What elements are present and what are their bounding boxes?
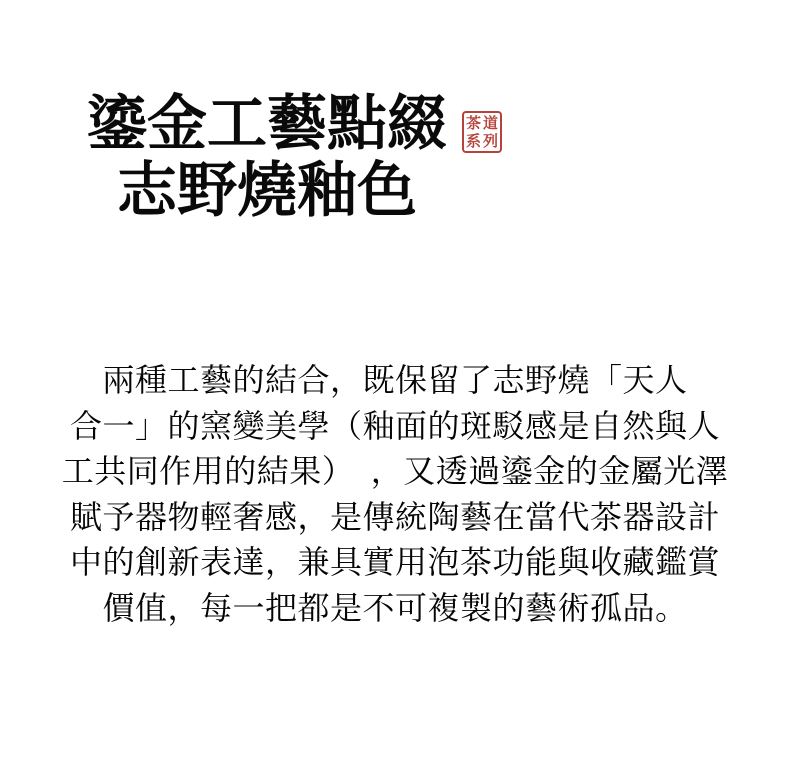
paragraph-line: 工共同作用的結果） ，又透過鎏金的金屬光澤 — [0, 449, 790, 495]
page: 鎏金工藝點綴 志野燒釉色 茶 道 系 列 兩種工藝的結合，既保留了志野燒「天人 … — [0, 0, 790, 778]
page-title: 鎏金工藝點綴 志野燒釉色 — [85, 90, 449, 224]
tea-series-seal: 茶 道 系 列 — [462, 111, 502, 153]
paragraph-line: 合一」的窯變美學（釉面的斑駁感是自然與人 — [0, 404, 790, 450]
seal-char-3: 系 — [466, 134, 481, 149]
paragraph-line: 中的創新表達，兼具實用泡茶功能與收藏鑑賞 — [0, 540, 790, 586]
page-title-line-2: 志野燒釉色 — [85, 157, 449, 224]
seal-char-1: 茶 — [466, 116, 481, 131]
seal-char-2: 道 — [483, 116, 498, 131]
page-title-line-1: 鎏金工藝點綴 — [85, 90, 449, 157]
paragraph-line: 賦予器物輕奢感，是傳統陶藝在當代茶器設計 — [0, 495, 790, 541]
description-paragraph: 兩種工藝的結合，既保留了志野燒「天人 合一」的窯變美學（釉面的斑駁感是自然與人 … — [0, 358, 790, 631]
paragraph-line: 兩種工藝的結合，既保留了志野燒「天人 — [0, 358, 790, 404]
paragraph-line: 價值，每一把都是不可複製的藝術孤品。 — [0, 586, 790, 632]
seal-char-4: 列 — [483, 134, 498, 149]
